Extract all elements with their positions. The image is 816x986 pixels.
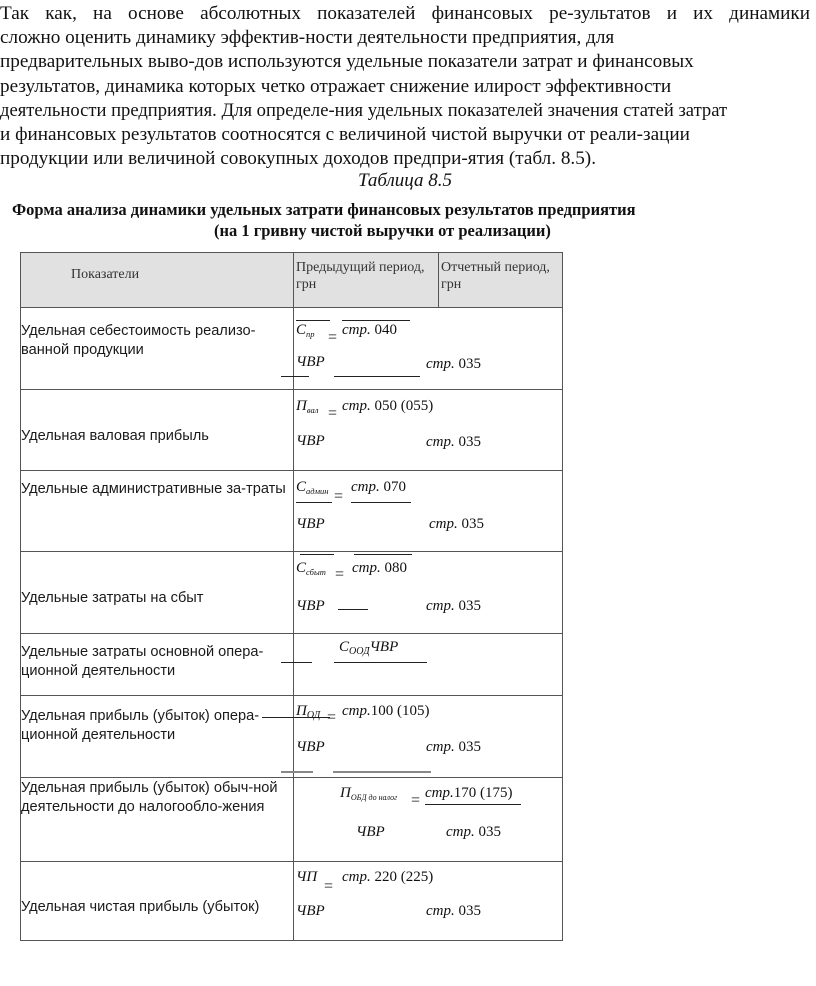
- table-row: Удельная валовая прибыль Пвал = стр. 050…: [20, 389, 563, 471]
- header-current-period: Отчетный период, грн: [439, 253, 562, 307]
- row-formula: ЧП = стр. 220 (225) ЧВР стр. 035: [294, 861, 562, 940]
- table-row: Удельные административные за-траты Садми…: [20, 470, 563, 552]
- table-header: Показатели Предыдущий период, грн Отчетн…: [20, 252, 563, 308]
- row-label: Удельные затраты основной опера-ционной …: [21, 633, 294, 695]
- table-row: Удельные затраты основной опера-ционной …: [20, 633, 563, 696]
- header-previous-period: Предыдущий период, грн: [294, 253, 439, 307]
- paragraph-line: Так как, на основе абсолютных показателе…: [0, 2, 810, 26]
- paragraph-line: результатов, динамика которых четко отра…: [0, 75, 810, 99]
- row-formula: Ссбыт = стр. 080 ЧВР стр. 035: [294, 551, 562, 633]
- paragraph-line: продукции или величиной совокупных доход…: [0, 147, 810, 171]
- row-label: Удельная прибыль (убыток) обыч-ной деяте…: [21, 777, 294, 861]
- paragraph-line: деятельности предприятия. Для определе-н…: [0, 99, 810, 123]
- table-title-line2: (на 1 гривну чистой выручки от реализаци…: [214, 220, 551, 242]
- row-label: Удельная чистая прибыль (убыток): [21, 861, 294, 940]
- table-row: Удельные затраты на сбыт Ссбыт = стр. 08…: [20, 551, 563, 634]
- row-label: Удельные затраты на сбыт: [21, 551, 294, 633]
- row-label: Удельная себестоимость реализо-ванной пр…: [21, 307, 294, 389]
- paragraph-line: сложно оценить динамику эффектив-ности д…: [0, 26, 810, 50]
- paragraph-line: предварительных выво-дов используются уд…: [0, 50, 810, 74]
- row-formula: Садмин = стр. 070 ЧВР стр. 035: [294, 470, 562, 551]
- row-formula: ПОБД до налог = стр.170 (175) ЧВР стр. 0…: [294, 777, 562, 861]
- header-indicator: Показатели: [21, 253, 294, 307]
- table-row: Удельная чистая прибыль (убыток) ЧП = ст…: [20, 861, 563, 941]
- table-row: Удельная прибыль (убыток) опера-ционной …: [20, 695, 563, 778]
- row-label: Удельная прибыль (убыток) опера-ционной …: [21, 695, 294, 777]
- table-row: Удельная себестоимость реализо-ванной пр…: [20, 307, 563, 390]
- table-title-line1: Форма анализа динамики удельных затрати …: [12, 199, 636, 221]
- row-formula: ПОД = стр.100 (105) ЧВР стр. 035: [294, 695, 562, 777]
- row-formula: Спр = стр. 040 ЧВР стр. 035: [294, 307, 562, 389]
- intro-paragraph: Так как, на основе абсолютных показателе…: [0, 2, 810, 171]
- row-label: Удельная валовая прибыль: [21, 389, 294, 470]
- table-caption: Таблица 8.5: [358, 170, 452, 192]
- paragraph-line: и финансовых результатов соотносятся с в…: [0, 123, 810, 147]
- table-row: Удельная прибыль (убыток) обыч-ной деяте…: [20, 777, 563, 862]
- row-formula: СООДЧВР: [294, 633, 562, 695]
- row-label: Удельные административные за-траты: [21, 470, 294, 551]
- row-formula: Пвал = стр. 050 (055) ЧВР стр. 035: [294, 389, 562, 470]
